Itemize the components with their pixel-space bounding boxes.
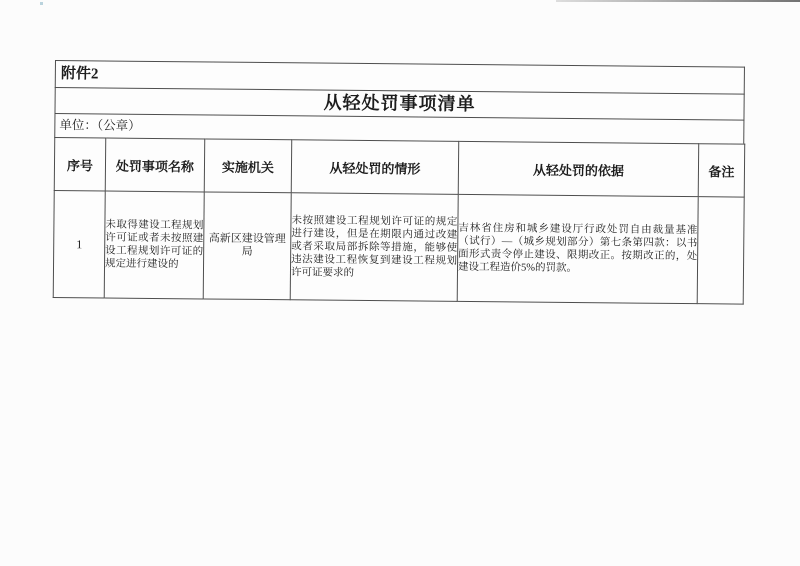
col-header-basis: 从轻处罚的依据 xyxy=(458,141,698,196)
scan-speck xyxy=(40,2,43,5)
cell-situation: 未按照建设工程规划许可证的规定进行建设，但是在期限内通过改建或者采取局部拆除等措… xyxy=(290,193,458,302)
col-header-no: 序号 xyxy=(54,138,106,191)
col-header-agency: 实施机关 xyxy=(204,139,292,193)
document-sheet: 附件2 从轻处罚事项清单 单位：（公章） 序号 处罚事项名称 实施机关 从轻处罚… xyxy=(53,60,745,305)
col-header-remark: 备注 xyxy=(698,144,745,197)
cell-remark xyxy=(697,197,744,304)
col-header-situation: 从轻处罚的情形 xyxy=(291,140,459,195)
table-header-row: 序号 处罚事项名称 实施机关 从轻处罚的情形 从轻处罚的依据 备注 xyxy=(54,138,744,198)
cell-item-name: 未取得建设工程规划许可证或者未按照建设工程规划许可证的规定进行建设的 xyxy=(104,191,204,299)
punishment-items-table: 序号 处罚事项名称 实施机关 从轻处罚的情形 从轻处罚的依据 备注 1 未取得建… xyxy=(53,137,746,305)
cell-no: 1 xyxy=(53,190,105,297)
cell-basis: 吉林省住房和城乡建设厅行政处罚自由裁量基准（试行）—（城乡规划部分）第七条第四款… xyxy=(457,194,698,303)
scan-edge-artifact xyxy=(556,0,800,2)
col-header-item-name: 处罚事项名称 xyxy=(105,138,205,192)
table-row: 1 未取得建设工程规划许可证或者未按照建设工程规划许可证的规定进行建设的 高新区… xyxy=(53,190,744,304)
cell-agency: 高新区建设管理局 xyxy=(203,192,291,300)
